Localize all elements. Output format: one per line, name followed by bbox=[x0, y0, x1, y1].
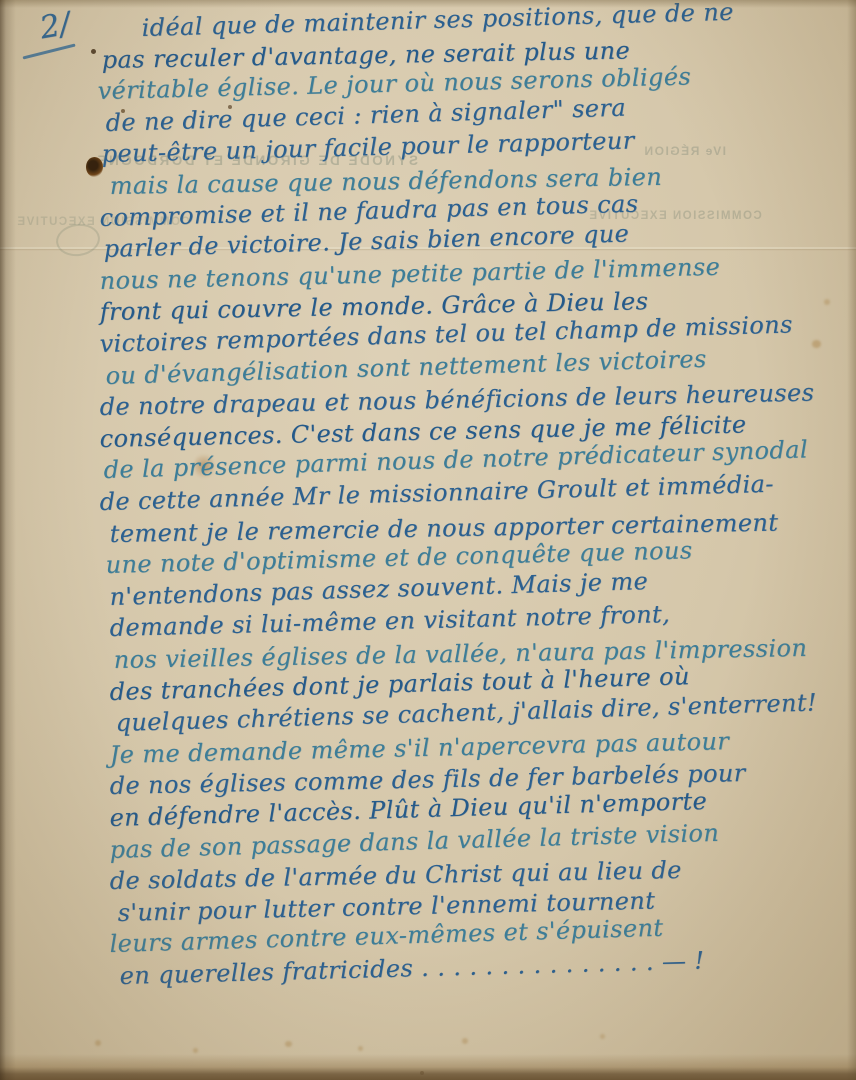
page-number-flourish bbox=[22, 44, 75, 59]
manuscript-text: idéal que de maintenir ses positions, qu… bbox=[96, 0, 856, 1080]
page-number: 2/ bbox=[37, 6, 73, 47]
manuscript-page: SYNODE DE GIRONDE ET DORDOGNE IVe RÉGION… bbox=[0, 0, 856, 1080]
handwritten-line: idéal que de maintenir ses positions, qu… bbox=[141, 0, 734, 42]
